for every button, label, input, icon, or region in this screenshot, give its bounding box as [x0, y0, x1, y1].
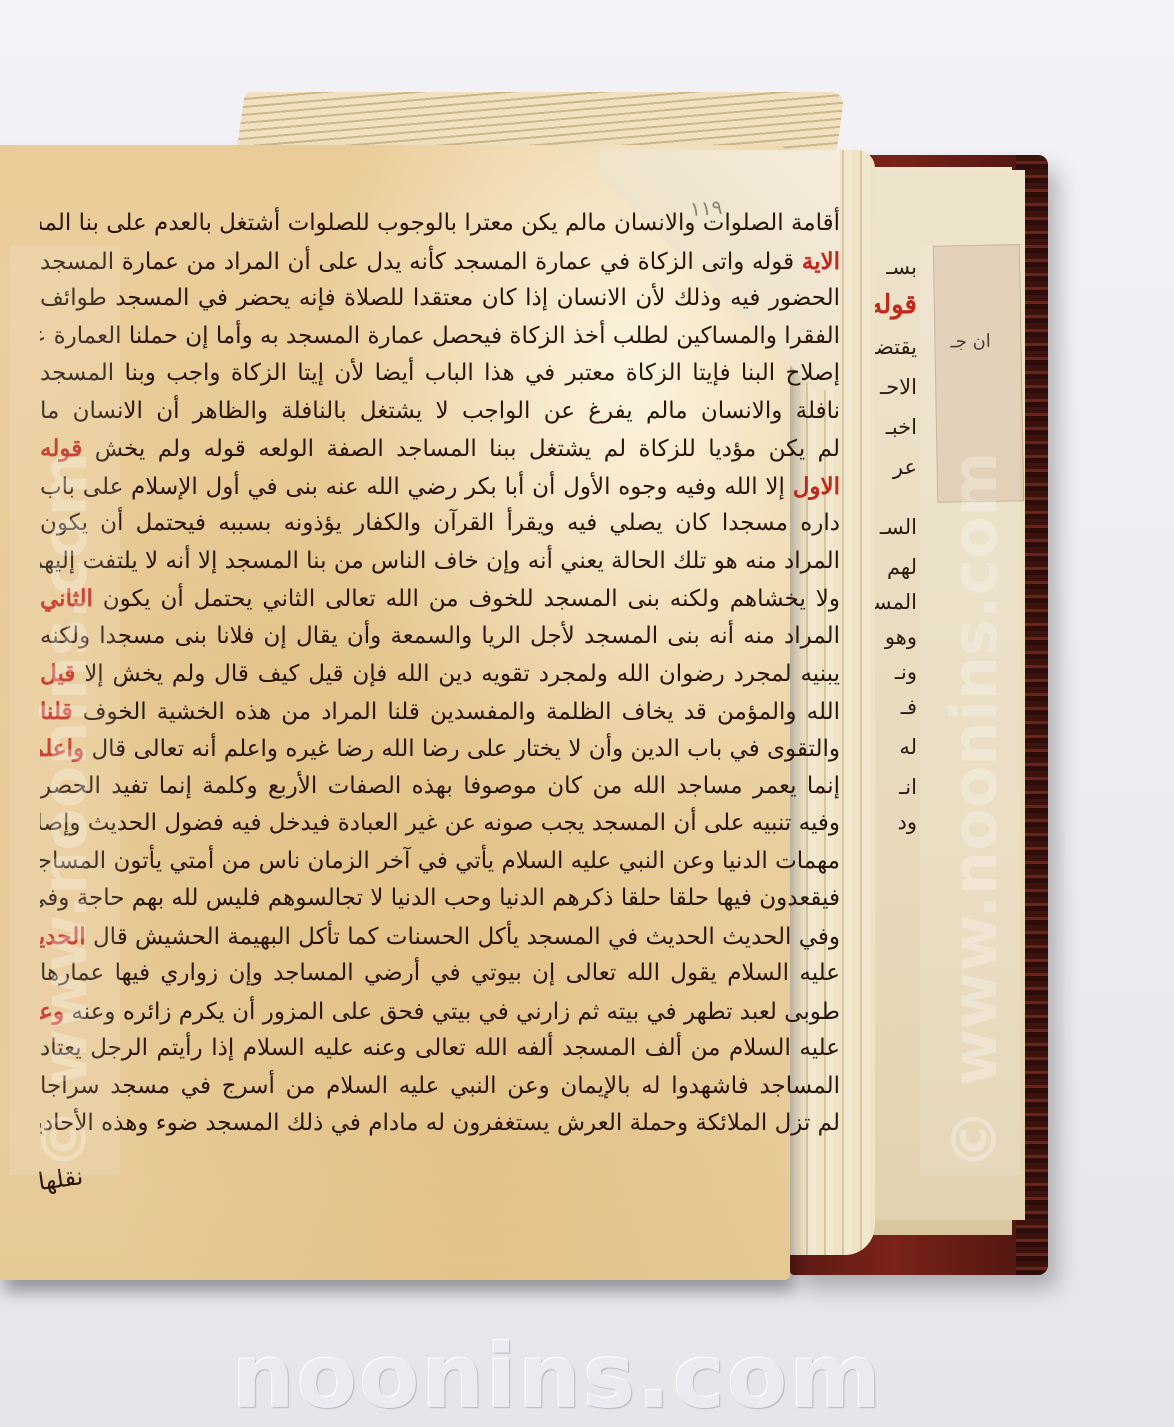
rubric-mark: الاية: [802, 248, 840, 275]
text-line: المراد منه أنه بنى المسجد لأجل الريا وال…: [40, 618, 840, 656]
text-line: وفيه تنبيه على أن المسجد يجب صونه عن غير…: [40, 805, 840, 843]
text-line: الفقرا والمساكين لطلب أخذ الزكاة فيحصل ع…: [40, 318, 840, 356]
manuscript-text: أقامة الصلوات والانسان مالم يكن معترا با…: [40, 205, 840, 1143]
text-line: والتقوى في باب الدين وأن لا يختار على رض…: [40, 730, 840, 768]
text-line: أقامة الصلوات والانسان مالم يكن معترا با…: [40, 205, 840, 243]
text-line: طوبى لعبد تطهر في بيته ثم زارني في بيتي …: [40, 993, 840, 1031]
text-line: عليه السلام يقول الله تعالى إن بيوتي في …: [40, 955, 840, 993]
text-line: عليه السلام من ألف المسجد ألفه الله تعال…: [40, 1030, 840, 1068]
watermark-bottom: noonins.com: [232, 1325, 852, 1427]
watermark-left: © www.noonins.com: [28, 452, 101, 1170]
text-line: الحضور فيه وذلك لأن الانسان إذا كان معتق…: [40, 280, 840, 318]
text-line: الله والمؤمن قد يخاف الظلمة والمفسدين قل…: [40, 693, 840, 731]
text-line: لم يكن مؤديا للزكاة لم يشتغل ببنا المساج…: [40, 430, 840, 468]
watermark-right: © www.noonins.com: [938, 452, 1011, 1170]
text-line: داره مسجدا كان يصلي فيه ويقرأ القرآن وال…: [40, 505, 840, 543]
text-line: لم تزل الملائكة وحملة العرش يستغفرون له …: [40, 1105, 840, 1143]
text-line: الاول إلا الله وفيه وجوه الأول أن أبا بك…: [40, 468, 840, 506]
text-line: وفي الحديث الحديث في المسجد يأكل الحسنات…: [40, 918, 840, 956]
text-line: يبنيه لمجرد رضوان الله ولمجرد تقويه دين …: [40, 655, 840, 693]
text-line: الاية قوله واتى الزكاة في عمارة المسجد ك…: [40, 243, 840, 281]
text-line: فيقعدون فيها حلقا حلقا ذكرهم الدنيا وحب …: [40, 880, 840, 918]
text-line: المساجد فاشهدوا له بالإيمان وعن النبي عل…: [40, 1068, 840, 1106]
text-line: ولا يخشاهم ولكنه بنى المسجد للخوف من الل…: [40, 580, 840, 618]
manuscript-photograph: بسـ قوله يقتضـ الاحـ اخبـ عر السـ لهم ال…: [0, 0, 1174, 1427]
text-line: نافلة والانسان مالم يفرغ عن الواجب لا يش…: [40, 393, 840, 431]
text-line: إنما يعمر مساجد الله من كان موصوفا بهذه …: [40, 768, 840, 806]
text-line: المراد منه هو تلك الحالة يعني أنه وإن خا…: [40, 543, 840, 581]
rubric-mark: الاول: [793, 473, 840, 500]
text-line: مهمات الدنيا وعن النبي عليه السلام يأتي …: [40, 843, 840, 881]
text-line: إصلاح البنا فإيتا الزكاة معتبر في هذا ال…: [40, 355, 840, 393]
